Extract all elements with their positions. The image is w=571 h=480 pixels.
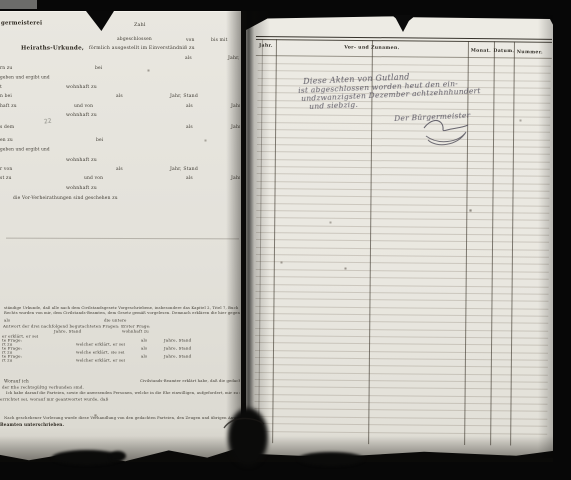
shadow-blob-left-small xyxy=(110,451,126,461)
handwriting-layer: Diese Akten von Gutlandist abgeschlossen… xyxy=(0,0,571,480)
film-edge-artifact xyxy=(0,0,37,9)
shadow-blob-right xyxy=(298,452,364,466)
curved-smudge-mark xyxy=(222,414,266,436)
right-edge-shadow xyxy=(538,15,553,458)
signature-flourish xyxy=(420,118,474,148)
scanned-register-spread: germeistereiZahlabgeschlossenvonbis mitH… xyxy=(0,0,571,480)
binding-gutter-shadow xyxy=(226,11,270,462)
handwriting-line: und siebzig. xyxy=(309,100,358,111)
